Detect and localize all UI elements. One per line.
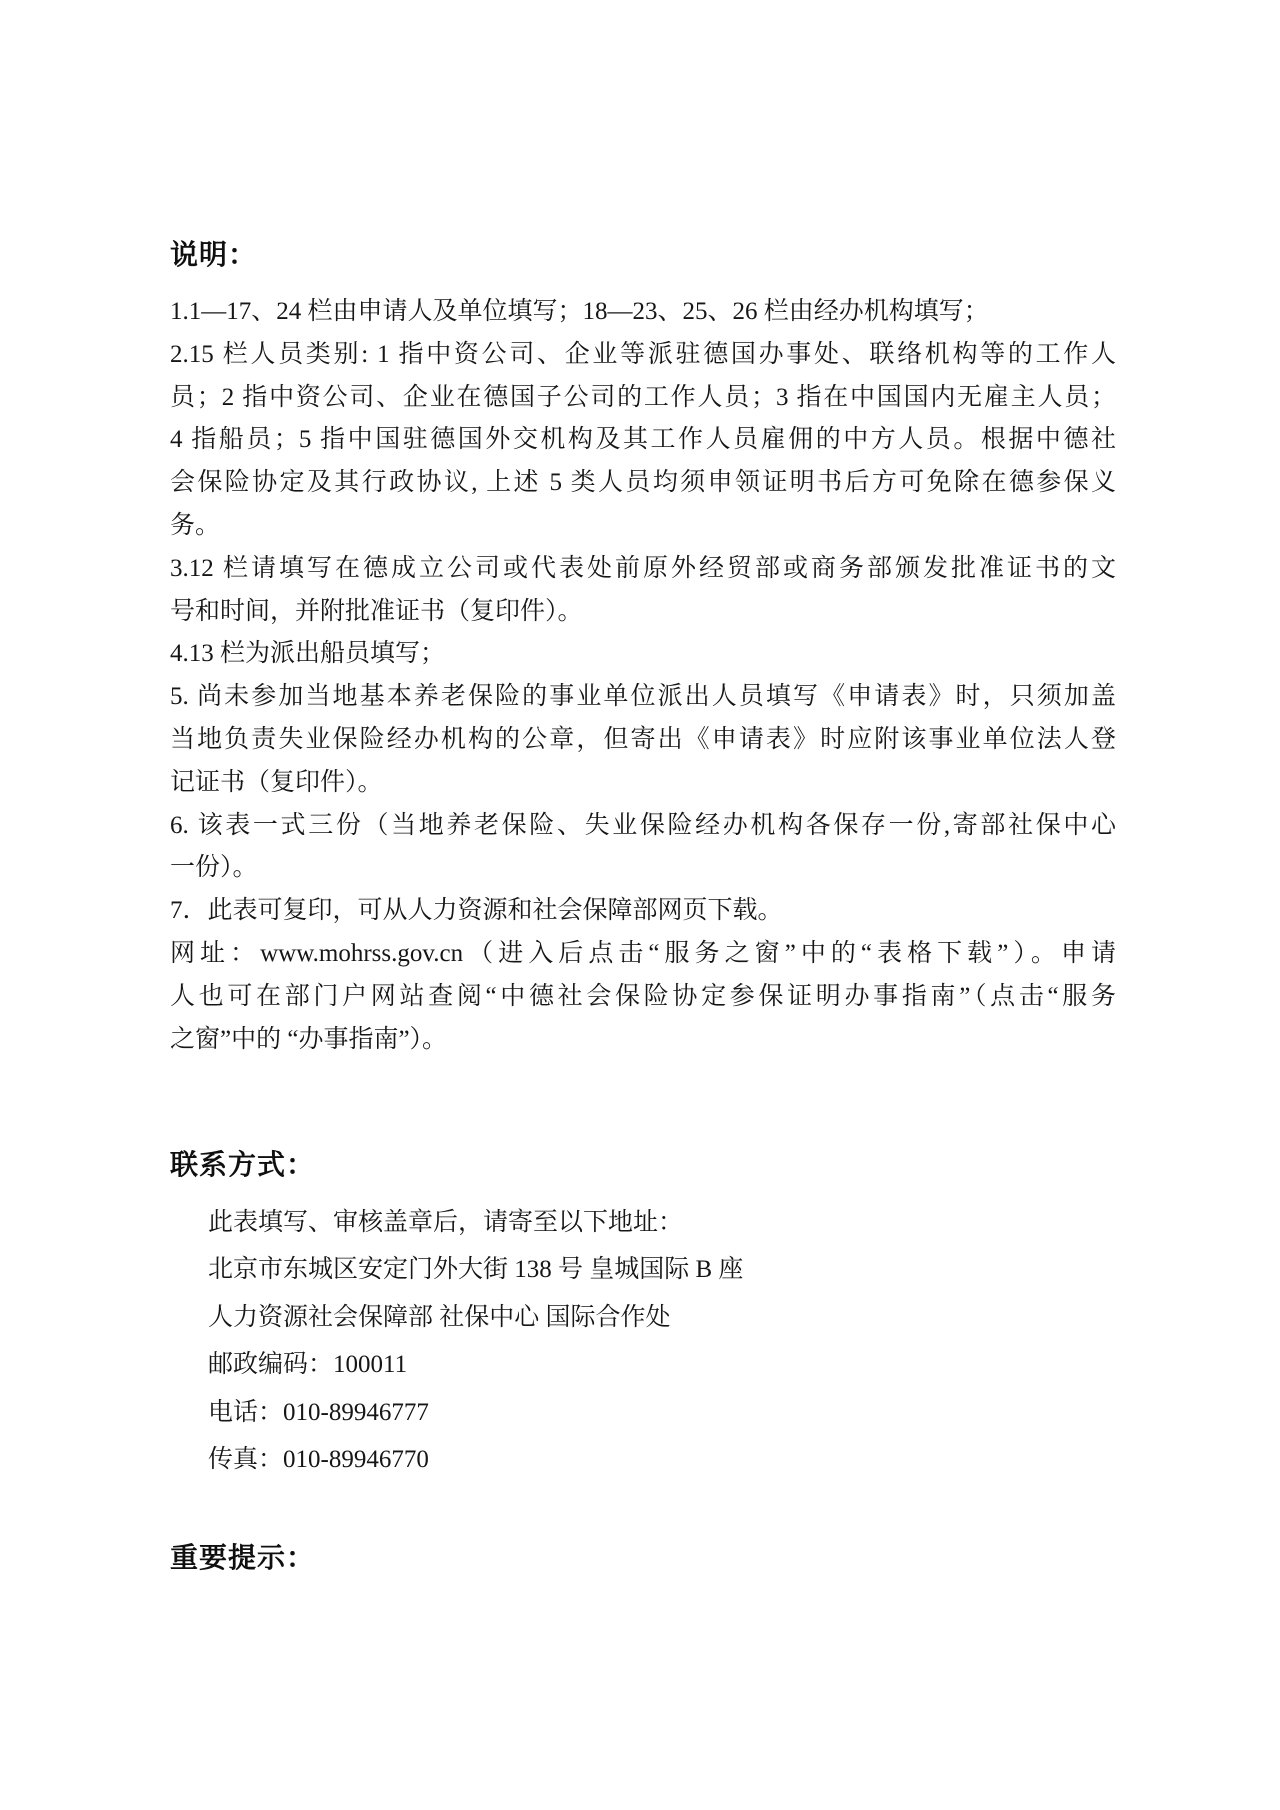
note-line: 4 指船员；5 指中国驻德国外交机构及其工作人员雇佣的中方人员。根据中德社 bbox=[170, 419, 1116, 462]
note-line: 一份）。 bbox=[170, 847, 1116, 890]
note-line: 务。 bbox=[170, 505, 1116, 548]
contact-line-fax: 传真：010-89946770 bbox=[208, 1436, 1116, 1483]
contact-line-phone: 电话：010-89946777 bbox=[208, 1389, 1116, 1436]
contact-line-postal: 邮政编码：100011 bbox=[208, 1341, 1116, 1388]
note-line: 7．此表可复印，可从人力资源和社会保障部网页下载。 bbox=[170, 890, 1116, 933]
notes-section: 1.1—17、24 栏由申请人及单位填写；18—23、25、26 栏由经办机构填… bbox=[170, 291, 1116, 1061]
note-line: 3.12 栏请填写在德成立公司或代表处前原外经贸部或商务部颁发批准证书的文 bbox=[170, 548, 1116, 591]
note-line: 2.15 栏人员类别: 1 指中资公司、企业等派驻德国办事处、联络机构等的工作人 bbox=[170, 334, 1116, 377]
note-line: 1.1—17、24 栏由申请人及单位填写；18—23、25、26 栏由经办机构填… bbox=[170, 291, 1116, 334]
document-page: 说明： 1.1—17、24 栏由申请人及单位填写；18—23、25、26 栏由经… bbox=[0, 0, 1280, 1810]
important-heading: 重要提示： bbox=[170, 1542, 315, 1574]
contact-line: 此表填写、审核盖章后，请寄至以下地址： bbox=[208, 1199, 1116, 1246]
contact-heading: 联系方式： bbox=[170, 1149, 315, 1181]
contact-line-address: 北京市东城区安定门外大街 138 号 皇城国际 B 座 bbox=[208, 1246, 1116, 1293]
contact-line-office: 人力资源社会保障部 社保中心 国际合作处 bbox=[208, 1294, 1116, 1341]
note-line: 4.13 栏为派出船员填写； bbox=[170, 633, 1116, 676]
note-line: 当地负责失业保险经办机构的公章，但寄出《申请表》时应附该事业单位法人登 bbox=[170, 719, 1116, 762]
notes-heading: 说明： bbox=[170, 239, 257, 271]
note-line: 号和时间，并附批准证书（复印件）。 bbox=[170, 591, 1116, 634]
note-line: 会保险协定及其行政协议, 上述 5 类人员均须申领证明书后方可免除在德参保义 bbox=[170, 462, 1116, 505]
contact-section: 此表填写、审核盖章后，请寄至以下地址： 北京市东城区安定门外大街 138 号 皇… bbox=[208, 1199, 1116, 1483]
note-line: 人也可在部门户网站查阅“中德社会保险协定参保证明办事指南”（点击“服务 bbox=[170, 976, 1116, 1019]
note-line: 记证书（复印件）。 bbox=[170, 762, 1116, 805]
note-line: 网址：www.mohrss.gov.cn（进入后点击“服务之窗”中的“表格下载”… bbox=[170, 933, 1116, 976]
note-line: 6. 该表一式三份（当地养老保险、失业保险经办机构各保存一份,寄部社保中心 bbox=[170, 805, 1116, 848]
note-line: 员；2 指中资公司、企业在德国子公司的工作人员；3 指在中国国内无雇主人员； bbox=[170, 377, 1116, 420]
note-line: 之窗”中的 “办事指南”）。 bbox=[170, 1019, 1116, 1062]
note-line: 5. 尚未参加当地基本养老保险的事业单位派出人员填写《申请表》时，只须加盖 bbox=[170, 676, 1116, 719]
